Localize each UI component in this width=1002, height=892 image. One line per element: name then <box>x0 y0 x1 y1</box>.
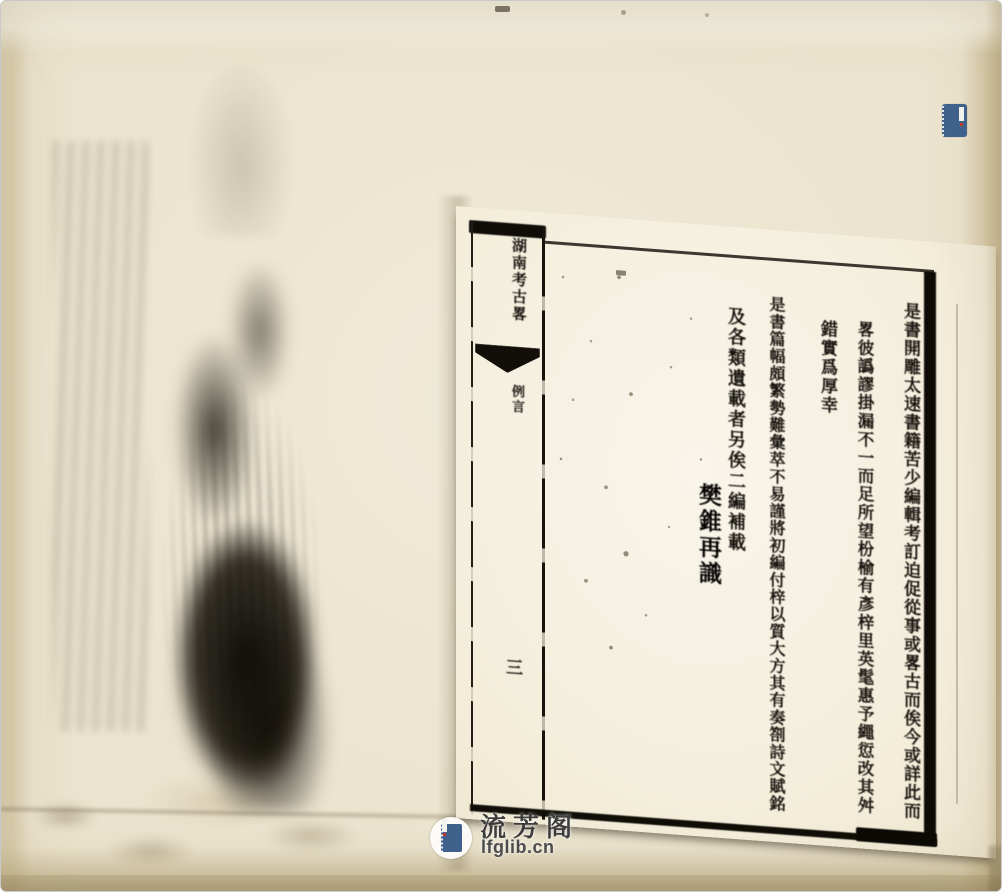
site-name: 流芳阁 <box>480 807 596 839</box>
book-scan-photo: 湖南考古畧 例言 三 是書開雕太速書籍苦少編輯考訂迫促從事或畧古而俟今或詳此而 … <box>0 0 1002 892</box>
photo-vignette <box>1 1 1001 891</box>
book-logo-label <box>442 819 447 832</box>
corner-book-logo-icon <box>942 104 967 137</box>
book-logo-seal-icon <box>443 833 446 836</box>
corner-logo-label <box>959 107 964 121</box>
watermark-logo-circle <box>430 817 472 859</box>
site-watermark: 流芳阁 lfglib.cn <box>426 809 596 873</box>
corner-logo-seal-icon <box>960 123 963 126</box>
site-url: lfglib.cn <box>481 837 591 859</box>
